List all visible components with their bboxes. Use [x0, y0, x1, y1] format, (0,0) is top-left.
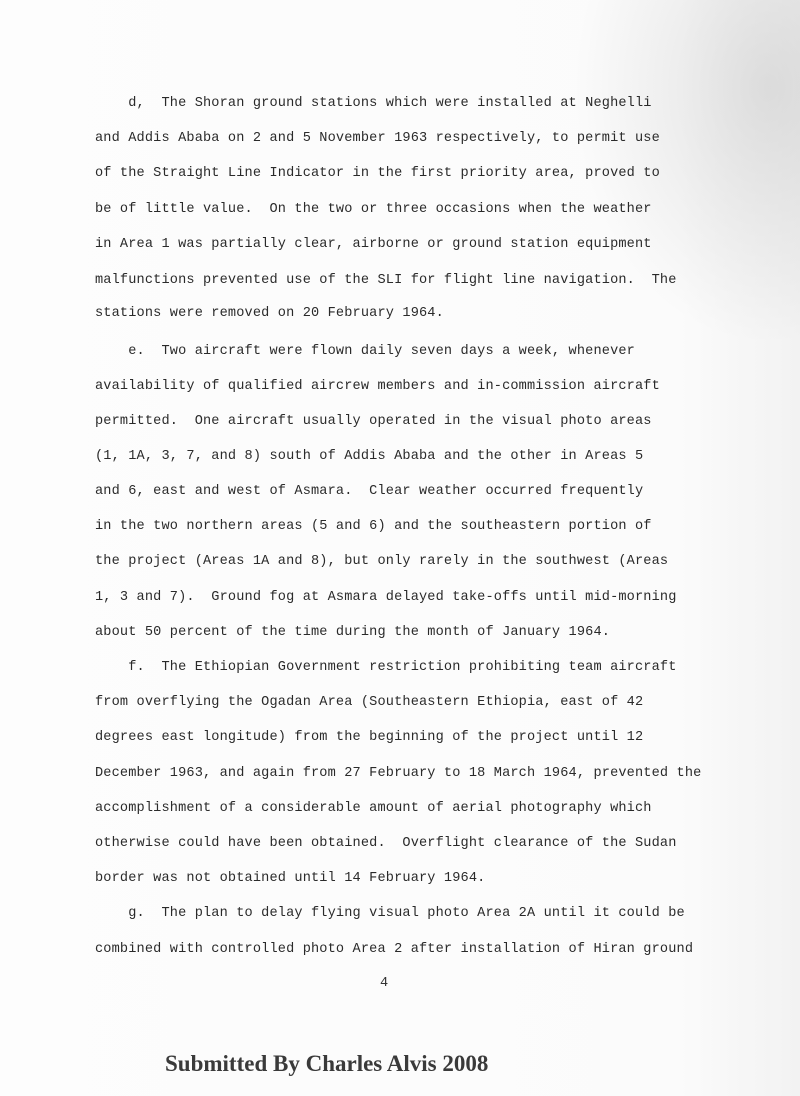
text-line: degrees east longitude) from the beginni…: [95, 730, 643, 746]
footer-credit: Submitted By Charles Alvis 2008: [165, 1051, 488, 1077]
text-line: availability of qualified aircrew member…: [95, 379, 660, 395]
text-line: malfunctions prevented use of the SLI fo…: [95, 273, 677, 289]
page-number: 4: [380, 976, 388, 991]
text-line: from overflying the Ogadan Area (Southea…: [95, 695, 643, 711]
text-line: d, The Shoran ground stations which were…: [95, 96, 652, 112]
text-line: about 50 percent of the time during the …: [95, 625, 610, 641]
text-line: and Addis Ababa on 2 and 5 November 1963…: [95, 131, 660, 147]
text-line: stations were removed on 20 February 196…: [95, 306, 444, 322]
text-line: otherwise could have been obtained. Over…: [95, 836, 677, 852]
text-line: the project (Areas 1A and 8), but only r…: [95, 554, 668, 570]
text-line: accomplishment of a considerable amount …: [95, 801, 652, 817]
text-line: be of little value. On the two or three …: [95, 202, 652, 218]
text-line: border was not obtained until 14 Februar…: [95, 871, 485, 887]
text-line: in Area 1 was partially clear, airborne …: [95, 237, 652, 253]
text-line: of the Straight Line Indicator in the fi…: [95, 166, 660, 182]
text-line: in the two northern areas (5 and 6) and …: [95, 519, 652, 535]
text-line: December 1963, and again from 27 Februar…: [95, 766, 701, 782]
text-line: 1, 3 and 7). Ground fog at Asmara delaye…: [95, 590, 677, 606]
text-line: and 6, east and west of Asmara. Clear we…: [95, 484, 643, 500]
text-line: g. The plan to delay flying visual photo…: [95, 906, 685, 922]
text-line: combined with controlled photo Area 2 af…: [95, 942, 693, 958]
text-line: f. The Ethiopian Government restriction …: [95, 660, 677, 676]
text-line: (1, 1A, 3, 7, and 8) south of Addis Abab…: [95, 449, 643, 465]
document-page: d, The Shoran ground stations which were…: [0, 0, 800, 1096]
text-line: e. Two aircraft were flown daily seven d…: [95, 344, 635, 360]
text-line: permitted. One aircraft usually operated…: [95, 414, 652, 430]
